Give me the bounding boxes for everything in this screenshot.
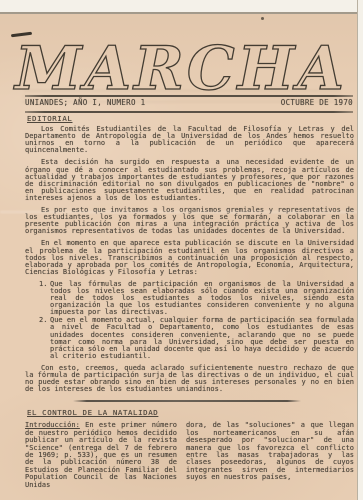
page-body: EDITORIAL Los Comités Estudiantiles de l… [25,115,354,489]
issue-info: UNIANDES; AÑO I, NUMERO 1 [25,98,145,107]
list-item: 2. Que en el momento actual, cualquier f… [25,317,354,360]
article-column-right: dora, de las "soluciones" a que llegan l… [186,422,354,489]
editorial-paragraph: Esta decisión ha surgido en respuesta a … [25,159,354,202]
list-item: 1. Que las fórmulas de participación en … [25,281,354,316]
masthead-title: MARCHA [13,34,347,96]
ink-speck [261,17,264,20]
editorial-paragraph: Los Comités Estudiantiles de la Facultad… [25,126,354,154]
header-rule-bottom [25,111,353,113]
list-item-number: 2. [39,317,50,360]
paper-crease [0,211,363,213]
masthead: MARCHA [0,32,363,96]
scanned-newspaper-page: MARCHA UNIANDES; AÑO I, NUMERO 1 OCTUBRE… [0,0,363,500]
scan-top-edge [0,0,363,14]
issue-date: OCTUBRE DE 1970 [281,98,353,107]
two-column-article: Introducción: En este primer número de n… [25,422,354,489]
natalidad-heading: EL CONTROL DE LA NATALIDAD [27,409,158,416]
editorial-paragraph: En el momento en que aparece esta public… [25,240,354,275]
list-item-text: Que en el momento actual, cualquier form… [50,317,354,360]
column-left-text: En este primer número de nuestro periódi… [25,421,177,488]
list-item-text: Que las fórmulas de participación en org… [50,281,354,316]
issue-line: UNIANDES; AÑO I, NUMERO 1 OCTUBRE DE 197… [25,98,353,107]
list-item-number: 1. [39,281,50,316]
editorial-heading: EDITORIAL [27,115,72,122]
section-divider [73,400,301,402]
article-column-left: Introducción: En este primer número de n… [25,422,177,489]
editorial-closing-paragraph: Con esto, creemos, queda aclarado sufici… [25,365,354,393]
scan-right-edge [357,0,363,500]
paper-sheet: MARCHA UNIANDES; AÑO I, NUMERO 1 OCTUBRE… [0,12,363,500]
